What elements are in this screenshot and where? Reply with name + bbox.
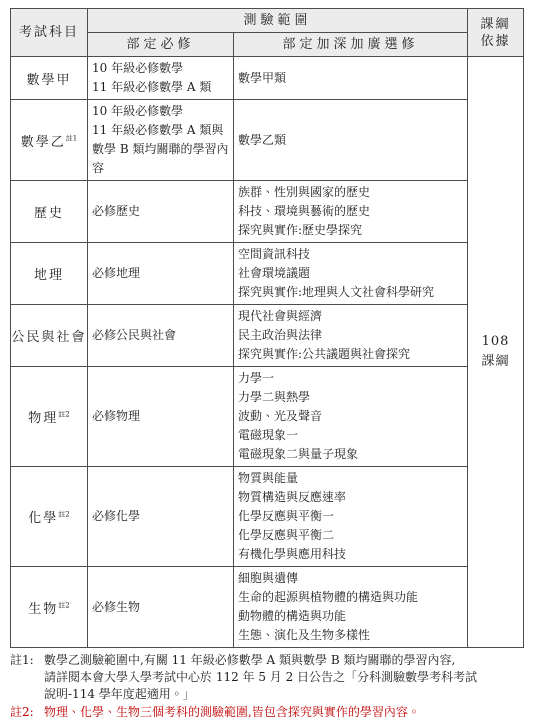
required-line: 必修公民與社會 (92, 326, 229, 345)
elective-cell: 數學甲類 (234, 57, 468, 100)
header-scope: 測驗範圍 (88, 9, 468, 33)
elective-line: 化學反應與平衡一 (238, 507, 463, 526)
table-row: 歷史必修歷史族群、性別與國家的歷史科技、環境與藝術的歷史探究與實作:歷史學探究 (11, 181, 524, 243)
required-line: 11 年級必修數學 A 類 (92, 78, 229, 97)
exam-scope-table: 考試科目 測驗範圍 課綱 依據 部定必修 部定加深加廣選修 數學甲10 年級必修… (10, 8, 524, 648)
required-line: 必修物理 (92, 407, 229, 426)
elective-line: 現代社會與經濟 (238, 307, 463, 326)
elective-line: 生態、演化及生物多樣性 (238, 626, 463, 645)
header-basis: 課綱 依據 (468, 9, 524, 57)
subject-label: 生物 (28, 602, 58, 617)
elective-line: 族群、性別與國家的歷史 (238, 183, 463, 202)
required-line: 必修歷史 (92, 202, 229, 221)
elective-line: 物質與能量 (238, 469, 463, 488)
subject-cell: 數學甲 (11, 57, 88, 100)
elective-line: 物質構造與反應速率 (238, 488, 463, 507)
table-row: 數學甲10 年級必修數學11 年級必修數學 A 類數學甲類108課綱 (11, 57, 524, 100)
elective-cell: 族群、性別與國家的歷史科技、環境與藝術的歷史探究與實作:歷史學探究 (234, 181, 468, 243)
table-row: 數學乙註110 年級必修數學11 年級必修數學 A 類與數學 B 類均關聯的學習… (11, 100, 524, 181)
elective-line: 民主政治與法律 (238, 326, 463, 345)
elective-line: 數學甲類 (238, 69, 463, 88)
elective-line: 細胞與遺傳 (238, 569, 463, 588)
elective-line: 力學一 (238, 369, 463, 388)
table-row: 生物註2必修生物細胞與遺傳生命的起源與植物體的構造與功能動物體的構造與功能生態、… (11, 567, 524, 648)
elective-line: 電磁現象二與量子現象 (238, 445, 463, 464)
basis-value-line2: 課綱 (469, 352, 522, 372)
footnote-line: 請詳閱本會大學入學考試中心於 112 年 5 月 2 日公告之「分科測驗數學考科… (44, 669, 523, 686)
subject-cell: 物理註2 (11, 367, 88, 467)
subject-cell: 生物註2 (11, 567, 88, 648)
footnote: 註2:物理、化學、生物三個考科的測驗範圍,皆包含探究與實作的學習內容。 (10, 704, 523, 720)
subject-label: 化學 (28, 511, 58, 526)
elective-line: 空間資訊科技 (238, 245, 463, 264)
subject-cell: 數學乙註1 (11, 100, 88, 181)
subject-note-ref: 註1 (66, 134, 77, 142)
table-body: 數學甲10 年級必修數學11 年級必修數學 A 類數學甲類108課綱數學乙註11… (11, 57, 524, 648)
header-elective: 部定加深加廣選修 (234, 33, 468, 57)
subject-label: 數學乙 (21, 135, 66, 150)
required-cell: 必修公民與社會 (88, 305, 234, 367)
header-required: 部定必修 (88, 33, 234, 57)
table-row: 地理必修地理空間資訊科技社會環境議題探究與實作:地理與人文社會科學研究 (11, 243, 524, 305)
basis-value-line1: 108 (469, 332, 522, 352)
header-row-1: 考試科目 測驗範圍 課綱 依據 (11, 9, 524, 33)
table-header: 考試科目 測驗範圍 課綱 依據 部定必修 部定加深加廣選修 (11, 9, 524, 57)
required-cell: 必修生物 (88, 567, 234, 648)
basis-cell: 108課綱 (468, 57, 524, 648)
required-line: 必修生物 (92, 598, 229, 617)
table-row: 化學註2必修化學物質與能量物質構造與反應速率化學反應與平衡一化學反應與平衡二有機… (11, 467, 524, 567)
elective-cell: 物質與能量物質構造與反應速率化學反應與平衡一化學反應與平衡二有機化學與應用科技 (234, 467, 468, 567)
elective-line: 科技、環境與藝術的歷史 (238, 202, 463, 221)
elective-line: 有機化學與應用科技 (238, 545, 463, 564)
table-row: 公民與社會必修公民與社會現代社會與經濟民主政治與法律探究與實作:公共議題與社會探… (11, 305, 524, 367)
elective-line: 力學二與熱學 (238, 388, 463, 407)
table-row: 物理註2必修物理力學一力學二與熱學波動、光及聲音電磁現象一電磁現象二與量子現象 (11, 367, 524, 467)
subject-label: 公民與社會 (11, 330, 86, 345)
subject-label: 地理 (34, 268, 64, 283)
required-line: 10 年級必修數學 (92, 102, 229, 121)
elective-cell: 數學乙類 (234, 100, 468, 181)
elective-cell: 現代社會與經濟民主政治與法律探究與實作:公共議題與社會探究 (234, 305, 468, 367)
elective-line: 探究與實作:地理與人文社會科學研究 (238, 283, 463, 302)
footnote-line: 數學乙測驗範圍中,有關 11 年級必修數學 A 類與數學 B 類均關聯的學習內容… (44, 652, 523, 669)
header-basis-line1: 課綱 (468, 16, 523, 33)
elective-cell: 空間資訊科技社會環境議題探究與實作:地理與人文社會科學研究 (234, 243, 468, 305)
subject-label: 物理 (28, 411, 58, 426)
elective-line: 社會環境議題 (238, 264, 463, 283)
subject-label: 數學甲 (26, 73, 71, 88)
required-line: 必修地理 (92, 264, 229, 283)
subject-note-ref: 註2 (58, 511, 69, 519)
subject-cell: 歷史 (11, 181, 88, 243)
required-cell: 必修物理 (88, 367, 234, 467)
elective-line: 波動、光及聲音 (238, 407, 463, 426)
required-cell: 10 年級必修數學11 年級必修數學 A 類 (88, 57, 234, 100)
required-cell: 必修歷史 (88, 181, 234, 243)
elective-line: 生命的起源與植物體的構造與功能 (238, 588, 463, 607)
elective-cell: 力學一力學二與熱學波動、光及聲音電磁現象一電磁現象二與量子現象 (234, 367, 468, 467)
elective-line: 化學反應與平衡二 (238, 526, 463, 545)
required-cell: 10 年級必修數學11 年級必修數學 A 類與數學 B 類均關聯的學習內容 (88, 100, 234, 181)
footnote-label: 註1: (10, 652, 34, 669)
subject-label: 歷史 (34, 206, 64, 221)
required-line: 11 年級必修數學 A 類與數學 B 類均關聯的學習內容 (92, 121, 229, 178)
required-cell: 必修地理 (88, 243, 234, 305)
elective-line: 動物體的構造與功能 (238, 607, 463, 626)
footnote: 註1:數學乙測驗範圍中,有關 11 年級必修數學 A 類與數學 B 類均關聯的學… (10, 652, 523, 703)
subject-cell: 化學註2 (11, 467, 88, 567)
subject-note-ref: 註2 (58, 601, 69, 609)
required-line: 10 年級必修數學 (92, 59, 229, 78)
elective-line: 探究與實作:歷史學探究 (238, 221, 463, 240)
header-subject: 考試科目 (11, 9, 88, 57)
header-row-2: 部定必修 部定加深加廣選修 (11, 33, 524, 57)
subject-note-ref: 註2 (58, 411, 69, 419)
elective-cell: 細胞與遺傳生命的起源與植物體的構造與功能動物體的構造與功能生態、演化及生物多樣性 (234, 567, 468, 648)
subject-cell: 公民與社會 (11, 305, 88, 367)
elective-line: 電磁現象一 (238, 426, 463, 445)
footnote-line: 物理、化學、生物三個考科的測驗範圍,皆包含探究與實作的學習內容。 (44, 704, 523, 720)
footnote-label: 註2: (10, 704, 34, 720)
document-page: 考試科目 測驗範圍 課綱 依據 部定必修 部定加深加廣選修 數學甲10 年級必修… (0, 0, 533, 720)
required-line: 必修化學 (92, 507, 229, 526)
footnote-line: 說明-114 學年度起適用。」 (44, 686, 523, 703)
elective-line: 探究與實作:公共議題與社會探究 (238, 345, 463, 364)
footnotes: 註1:數學乙測驗範圍中,有關 11 年級必修數學 A 類與數學 B 類均關聯的學… (10, 652, 523, 720)
header-basis-line2: 依據 (468, 33, 523, 50)
elective-line: 數學乙類 (238, 131, 463, 150)
subject-cell: 地理 (11, 243, 88, 305)
required-cell: 必修化學 (88, 467, 234, 567)
